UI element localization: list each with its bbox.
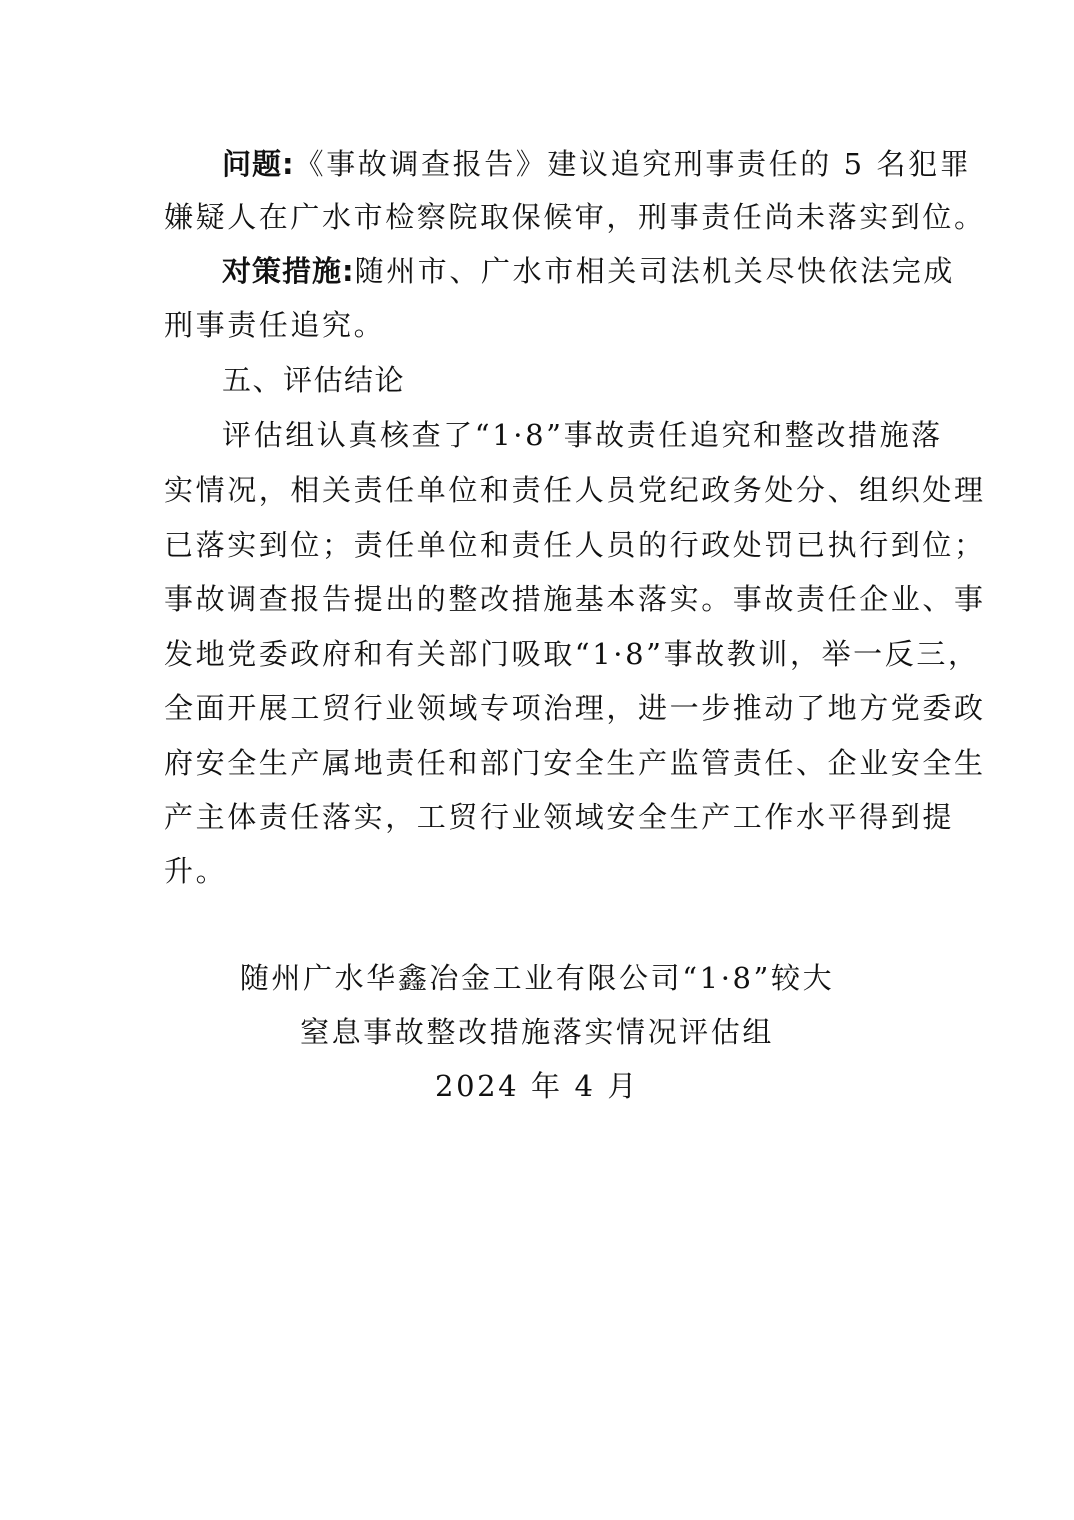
- conclusion-line-2: 实情况，相关责任单位和责任人员党纪政务处分、组织处理: [164, 472, 914, 508]
- measures-line-2: 刑事责任追究。: [164, 307, 914, 343]
- signature-org-line-2: 窒息事故整改措施落实情况评估组: [0, 1014, 1074, 1050]
- signature-org-line-1: 随州广水华鑫冶金工业有限公司“1·8”较大: [0, 960, 1074, 996]
- signature-date: 2024 年 4 月: [0, 1068, 1074, 1104]
- problem-text-1: 《事故调查报告》建议追究刑事责任的 5 名犯罪: [295, 147, 972, 181]
- section-heading: 五、评估结论: [222, 362, 914, 398]
- problem-label: 问题:: [222, 147, 295, 181]
- conclusion-line-7: 府安全生产属地责任和部门安全生产监管责任、企业安全生: [164, 745, 914, 781]
- conclusion-line-4: 事故调查报告提出的整改措施基本落实。事故责任企业、事: [164, 581, 914, 617]
- conclusion-line-3: 已落实到位；责任单位和责任人员的行政处罚已执行到位；: [164, 527, 914, 563]
- measures-line-1: 对策措施:随州市、广水市相关司法机关尽快依法完成: [222, 253, 914, 289]
- measures-text-1: 随州市、广水市相关司法机关尽快依法完成: [355, 254, 955, 288]
- conclusion-line-5: 发地党委政府和有关部门吸取“1·8”事故教训，举一反三，: [164, 636, 914, 672]
- document-page: 问题:《事故调查报告》建议追究刑事责任的 5 名犯罪 嫌疑人在广水市检察院取保候…: [0, 0, 1074, 1520]
- problem-line-1: 问题:《事故调查报告》建议追究刑事责任的 5 名犯罪: [222, 146, 914, 182]
- conclusion-line-9: 升。: [164, 853, 914, 889]
- measures-label: 对策措施:: [222, 254, 355, 288]
- conclusion-line-8: 产主体责任落实，工贸行业领域安全生产工作水平得到提: [164, 799, 914, 835]
- conclusion-line-1: 评估组认真核查了“1·8”事故责任追究和整改措施落: [222, 417, 914, 453]
- problem-line-2: 嫌疑人在广水市检察院取保候审，刑事责任尚未落实到位。: [164, 199, 914, 235]
- conclusion-line-6: 全面开展工贸行业领域专项治理，进一步推动了地方党委政: [164, 690, 914, 726]
